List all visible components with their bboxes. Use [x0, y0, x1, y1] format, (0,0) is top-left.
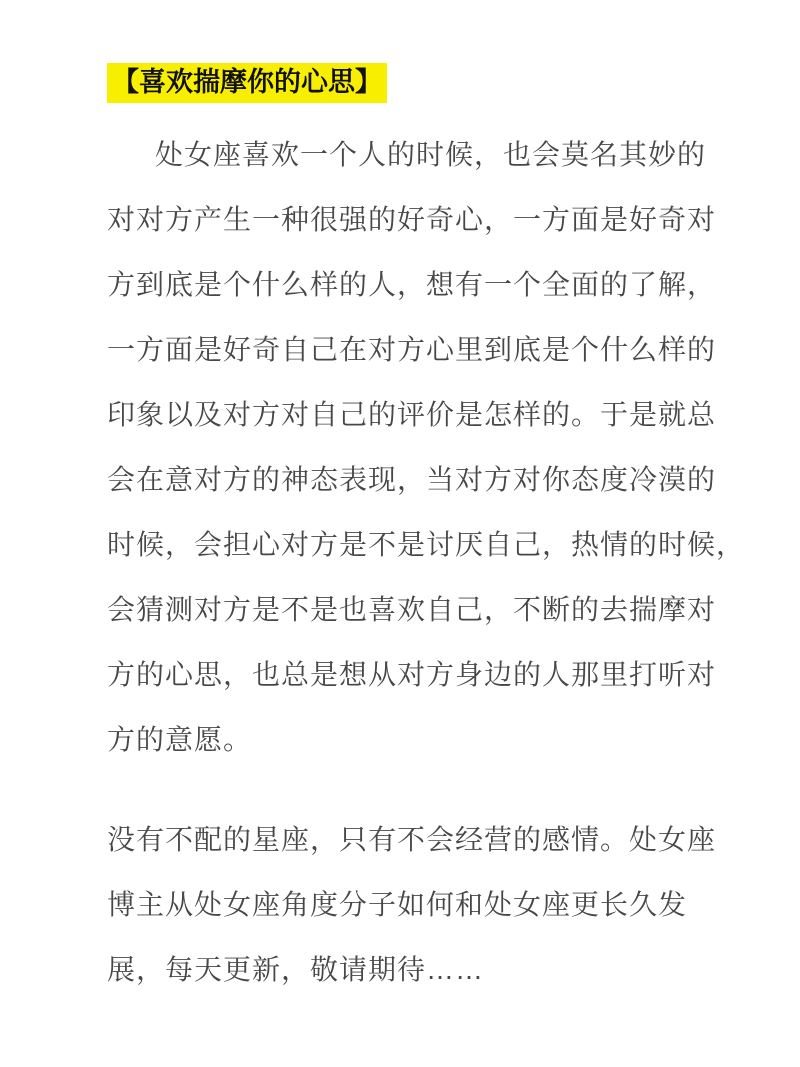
text-line: 博主从处女座角度分子如何和处女座更长久发: [107, 872, 707, 937]
article-page: 【喜欢揣摩你的心思】 处女座喜欢一个人的时候，也会莫名其妙的 对对方产生一种很强…: [0, 0, 800, 1067]
paragraph-footer: 没有不配的星座，只有不会经营的感情。处女座 博主从处女座角度分子如何和处女座更长…: [107, 807, 707, 1002]
paragraph-main: 处女座喜欢一个人的时候，也会莫名其妙的 对对方产生一种很强的好奇心，一方面是好奇…: [107, 122, 707, 772]
text-line: 方的意愿。: [107, 707, 707, 772]
text-line: 对对方产生一种很强的好奇心，一方面是好奇对: [107, 187, 707, 252]
text-line: 会猜测对方是不是也喜欢自己，不断的去揣摩对: [107, 577, 707, 642]
highlighted-heading: 【喜欢揣摩你的心思】: [107, 63, 387, 103]
text-line: 印象以及对方对自己的评价是怎样的。于是就总: [107, 382, 707, 447]
text-line: 展，每天更新，敬请期待……: [107, 937, 707, 1002]
text-line: 一方面是好奇自己在对方心里到底是个什么样的: [107, 317, 707, 382]
text-line: 方的心思，也总是想从对方身边的人那里打听对: [107, 642, 707, 707]
text-line: 处女座喜欢一个人的时候，也会莫名其妙的: [107, 122, 707, 187]
text-line: 方到底是个什么样的人，想有一个全面的了解，: [107, 252, 707, 317]
text-line: 会在意对方的神态表现，当对方对你态度冷漠的: [107, 447, 707, 512]
text-line: 时候，会担心对方是不是讨厌自己，热情的时候，: [107, 512, 707, 577]
article-content: 【喜欢揣摩你的心思】 处女座喜欢一个人的时候，也会莫名其妙的 对对方产生一种很强…: [107, 63, 707, 1002]
text-line: 没有不配的星座，只有不会经营的感情。处女座: [107, 807, 707, 872]
